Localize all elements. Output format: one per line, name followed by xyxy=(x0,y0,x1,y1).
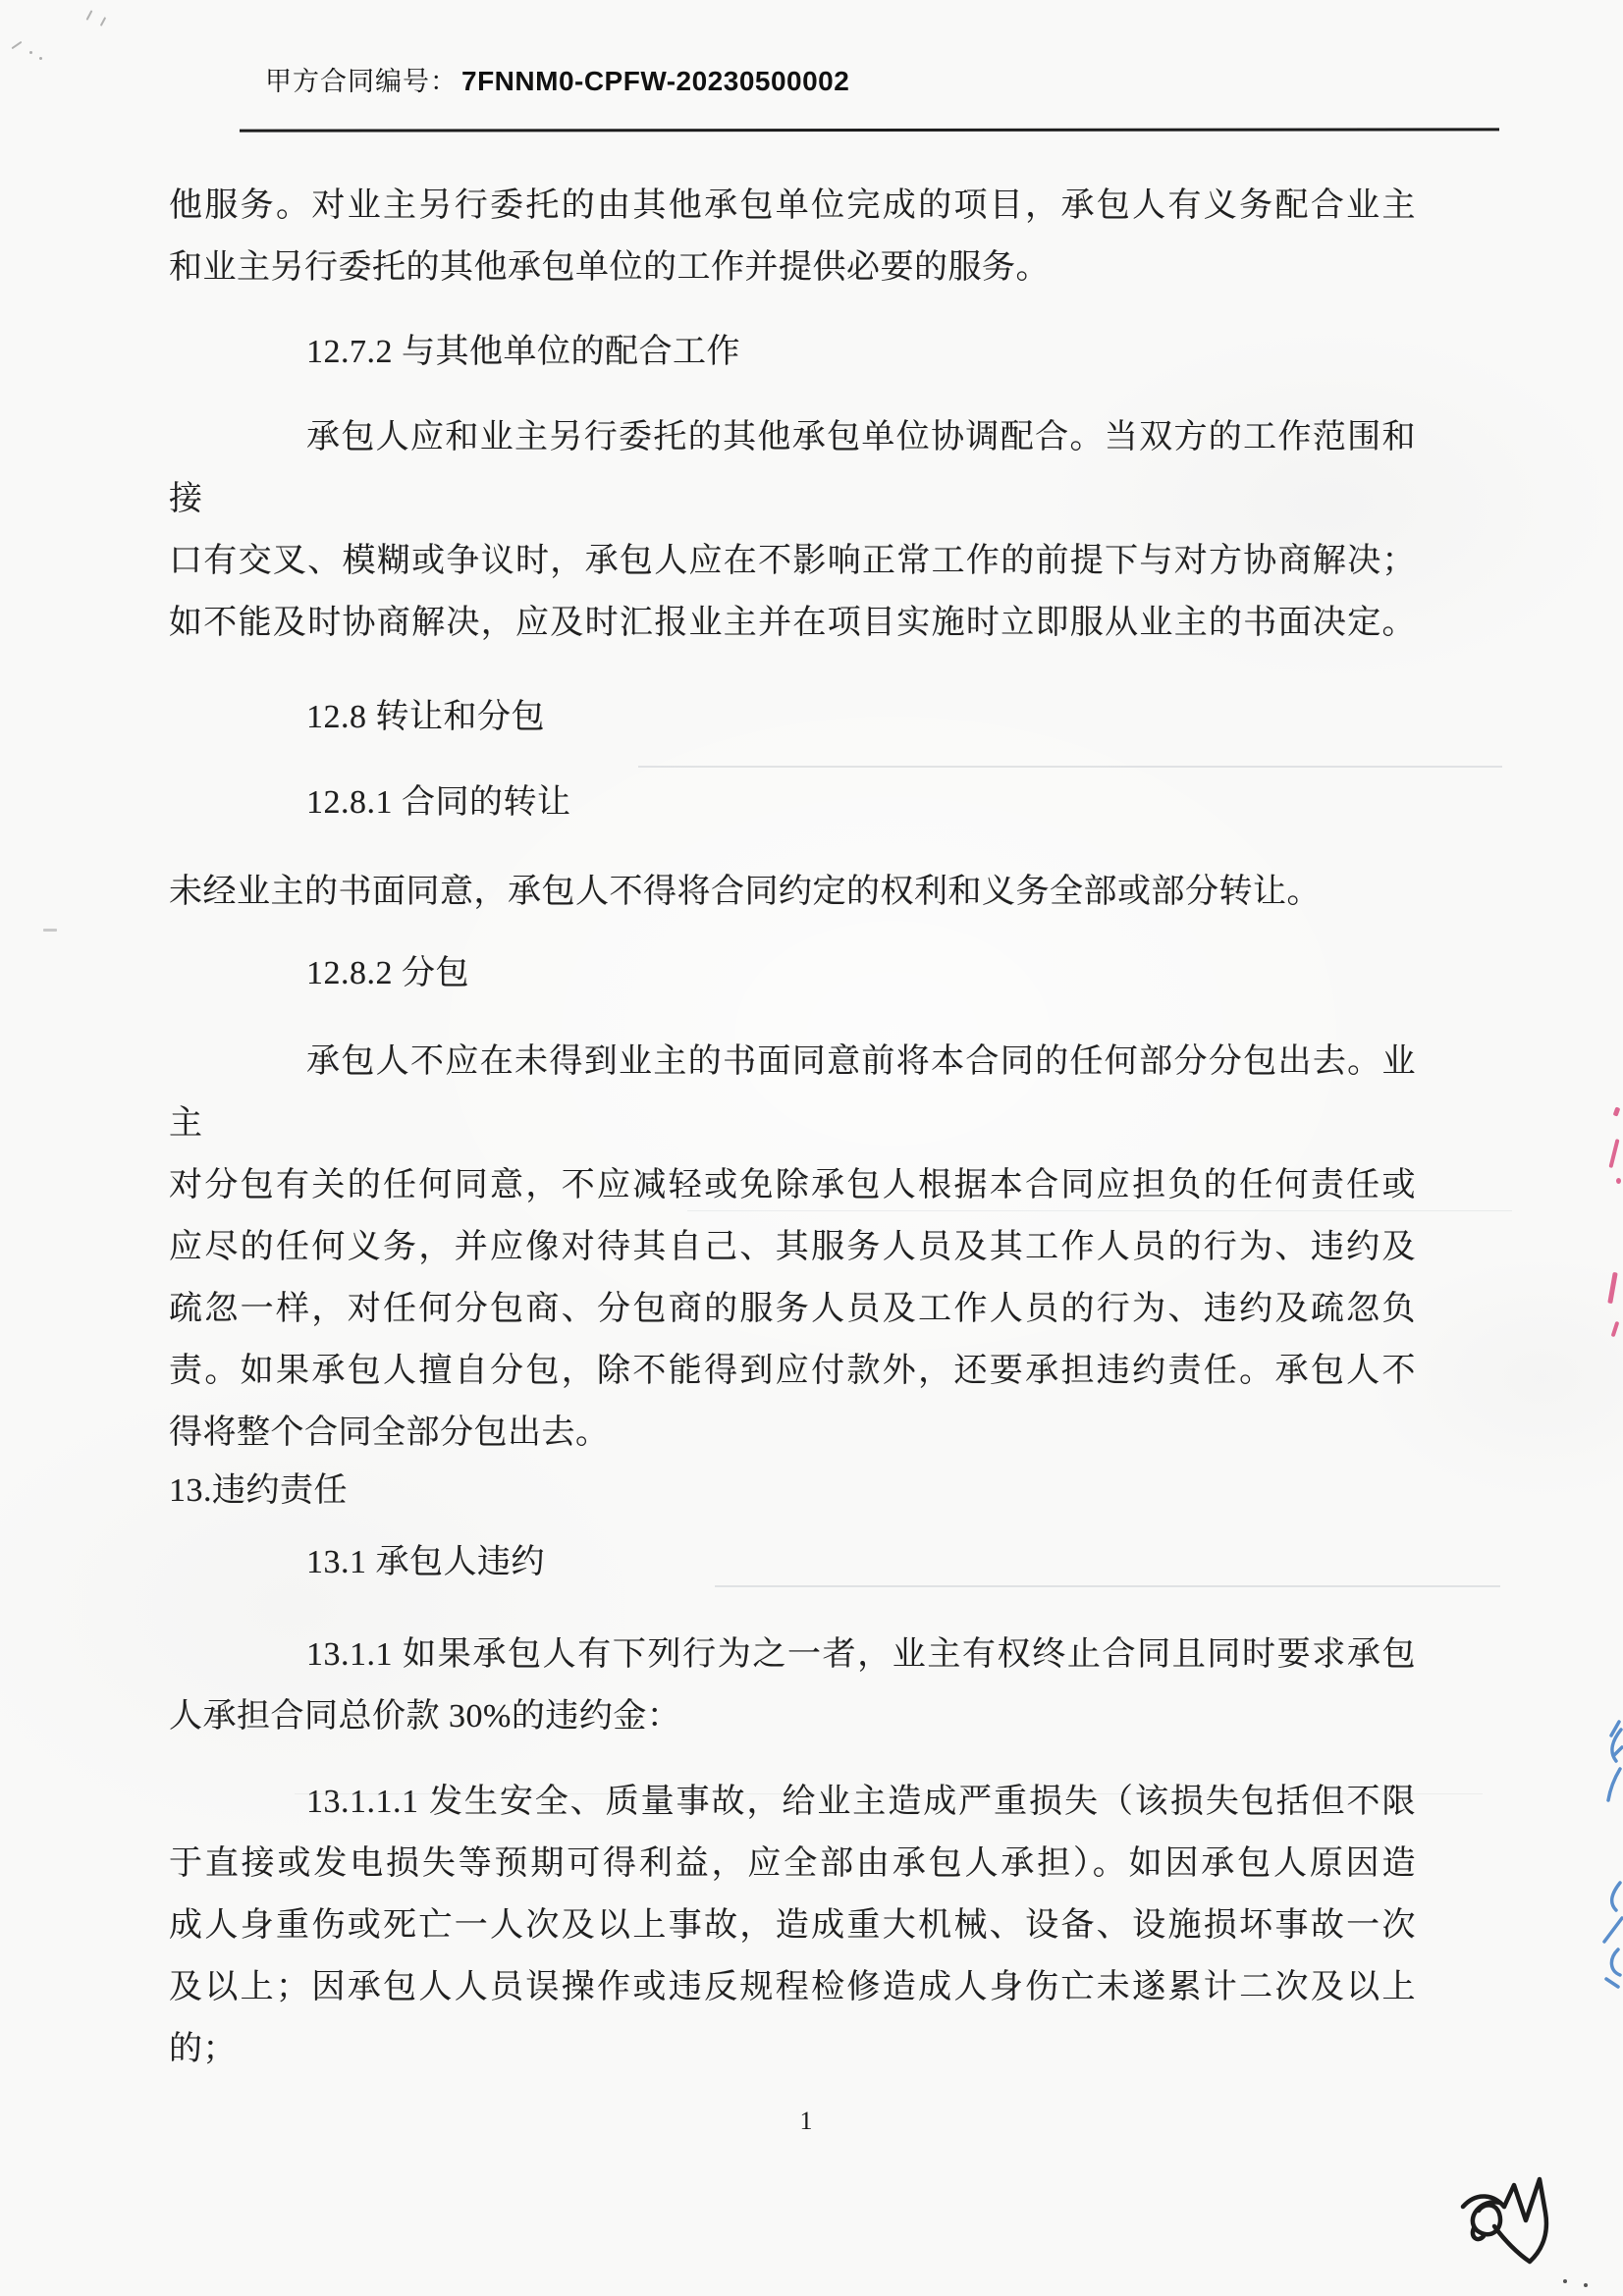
section-heading: 12.7.2 与其他单位的配合工作 xyxy=(169,321,1416,383)
text-line: 12.8 转让和分包 xyxy=(169,686,1416,748)
signature-scribble xyxy=(1453,2169,1571,2279)
contract-number-value: 7FNNM0-CPFW-20230500002 xyxy=(461,66,849,96)
blue-ink-edge-mark xyxy=(1598,1877,1623,1990)
pencil-speck xyxy=(100,17,106,27)
text-line: 承包人应和业主另行委托的其他承包单位协调配合。当双方的工作范围和接 xyxy=(169,406,1416,530)
text-line: 得将整个合同全部分包出去。 xyxy=(169,1402,1416,1464)
section-heading: 12.8.1 合同的转让 xyxy=(169,772,1416,833)
pink-ink-edge-mark xyxy=(1607,1272,1617,1304)
pink-ink-edge-mark xyxy=(1608,1139,1619,1168)
text-line: 未经业主的书面同意，承包人不得将合同约定的权利和义务全部或部分转让。 xyxy=(169,861,1416,923)
text-line: 成人身重伤或死亡一人次及以上事故，造成重大机械、设备、设施损坏事故一次 xyxy=(169,1895,1416,1956)
text-line: 人承担合同总价款 30%的违约金： xyxy=(169,1685,1416,1747)
pencil-speck xyxy=(39,57,42,60)
paragraph: 承包人不应在未得到业主的书面同意前将本合同的任何部分分包出去。业主对分包有关的任… xyxy=(169,1031,1416,1464)
text-line: 应尽的任何义务，并应像对待其自己、其服务人员及其工作人员的行为、违约及 xyxy=(169,1216,1416,1278)
pink-ink-edge-mark xyxy=(1611,1321,1620,1337)
text-line: 承包人不应在未得到业主的书面同意前将本合同的任何部分分包出去。业主 xyxy=(169,1031,1416,1154)
ink-dot xyxy=(1563,2279,1567,2283)
paragraph: 未经业主的书面同意，承包人不得将合同约定的权利和义务全部或部分转让。 xyxy=(169,861,1416,923)
pencil-speck xyxy=(29,51,32,54)
section-heading: 13.1 承包人违约 xyxy=(169,1531,1416,1593)
text-line: 12.8.2 分包 xyxy=(169,942,1416,1004)
text-line: 和业主另行委托的其他承包单位的工作并提供必要的服务。 xyxy=(169,237,1416,298)
section-heading: 13.违约责任 xyxy=(169,1460,1416,1522)
paragraph: 承包人应和业主另行委托的其他承包单位协调配合。当双方的工作范围和接口有交叉、模糊… xyxy=(169,406,1416,654)
text-line: 于直接或发电损失等预期可得利益，应全部由承包人承担）。如因承包人原因造 xyxy=(169,1833,1416,1895)
text-line: 的； xyxy=(169,2018,1416,2080)
text-line: 13.1.1 如果承包人有下列行为之一者，业主有权终止合同且同时要求承包 xyxy=(169,1624,1416,1685)
section-heading: 12.8.2 分包 xyxy=(169,942,1416,1004)
scan-artifact-line xyxy=(295,1793,1483,1794)
pencil-speck xyxy=(86,10,93,21)
text-line: 及以上；因承包人人员误操作或违反规程检修造成人身伤亡未遂累计二次及以上 xyxy=(169,1956,1416,2018)
text-line: 12.8.1 合同的转让 xyxy=(169,772,1416,833)
header-contract-number: 甲方合同编号：7FNNM0-CPFW-20230500002 xyxy=(265,63,849,100)
scanned-contract-page: 甲方合同编号：7FNNM0-CPFW-20230500002 他服务。对业主另行… xyxy=(0,0,1623,2296)
paragraph: 13.1.1 如果承包人有下列行为之一者，业主有权终止合同且同时要求承包人承担合… xyxy=(169,1624,1416,1747)
text-line: 13.1.1.1 发生安全、质量事故，给业主造成严重损失（该损失包括但不限 xyxy=(169,1771,1416,1833)
text-line: 他服务。对业主另行委托的由其他承包单位完成的项目，承包人有义务配合业主 xyxy=(169,175,1416,237)
scan-artifact-line xyxy=(715,1585,1500,1587)
pencil-speck xyxy=(43,929,57,932)
text-line: 13.1 承包人违约 xyxy=(169,1531,1416,1593)
page-number: 1 xyxy=(782,2107,831,2136)
text-line: 13.违约责任 xyxy=(169,1460,1416,1522)
text-line: 12.7.2 与其他单位的配合工作 xyxy=(169,321,1416,383)
ink-dot xyxy=(1584,2283,1588,2287)
pink-ink-edge-mark xyxy=(1616,1178,1621,1184)
pencil-speck xyxy=(12,41,23,50)
contract-number-label: 甲方合同编号： xyxy=(265,67,458,96)
blue-ink-edge-mark xyxy=(1602,1718,1623,1806)
scan-artifact-line xyxy=(687,1210,1512,1211)
section-heading: 12.8 转让和分包 xyxy=(169,686,1416,748)
text-line: 口有交叉、模糊或争议时，承包人应在不影响正常工作的前提下与对方协商解决； xyxy=(169,530,1416,592)
paragraph: 13.1.1.1 发生安全、质量事故，给业主造成严重损失（该损失包括但不限于直接… xyxy=(169,1771,1416,2080)
pink-ink-edge-mark xyxy=(1613,1106,1621,1116)
header-rule xyxy=(240,128,1499,132)
text-line: 责。如果承包人擅自分包，除不能得到应付款外，还要承担违约责任。承包人不 xyxy=(169,1340,1416,1402)
text-line: 如不能及时协商解决，应及时汇报业主并在项目实施时立即服从业主的书面决定。 xyxy=(169,592,1416,654)
scan-artifact-line xyxy=(638,766,1502,768)
paragraph: 他服务。对业主另行委托的由其他承包单位完成的项目，承包人有义务配合业主和业主另行… xyxy=(169,175,1416,298)
text-line: 对分包有关的任何同意，不应减轻或免除承包人根据本合同应担负的任何责任或 xyxy=(169,1154,1416,1216)
text-line: 疏忽一样，对任何分包商、分包商的服务人员及工作人员的行为、违约及疏忽负 xyxy=(169,1278,1416,1340)
